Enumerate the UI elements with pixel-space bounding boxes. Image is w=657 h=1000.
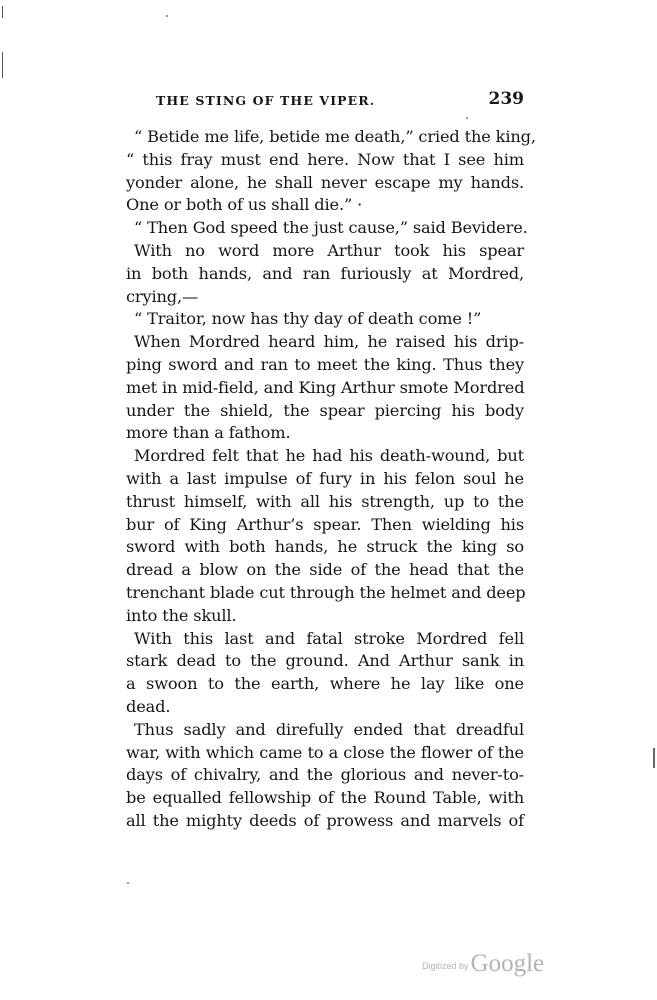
text-line: met in mid-field, and King Arthur smote … — [126, 377, 524, 400]
watermark-prefix: Digitized by — [422, 961, 469, 971]
text-line: a swoon to the earth, where he lay like … — [126, 673, 524, 696]
text-line: trenchant blade cut through the helmet a… — [126, 582, 524, 605]
text-line: “ Then God speed the just cause,” said B… — [126, 217, 524, 240]
digitized-by-watermark: Digitized byGoogle — [422, 950, 544, 978]
text-line: in both hands, and ran furiously at Mord… — [126, 263, 524, 286]
text-line: “ Betide me life, betide me death,” crie… — [126, 126, 524, 149]
scan-edge-mark-middle — [2, 52, 3, 78]
text-line: stark dead to the ground. And Arthur san… — [126, 650, 524, 673]
text-line: with a last impulse of fury in his felon… — [126, 468, 524, 491]
text-line: sword with both hands, he struck the kin… — [126, 536, 524, 559]
text-line: When Mordred heard him, he raised his dr… — [126, 331, 524, 354]
running-title: THE STING OF THE VIPER. — [156, 93, 375, 108]
body-text: “ Betide me life, betide me death,” crie… — [126, 126, 524, 833]
text-line: bur of King Arthur’s spear. Then wieldin… — [126, 514, 524, 537]
text-line: ping sword and ran to meet the king. Thu… — [126, 354, 524, 377]
page-number: 239 — [489, 89, 525, 109]
text-line: With no word more Arthur took his spear — [126, 240, 524, 263]
text-line: war, with which came to a close the flow… — [126, 742, 524, 765]
scan-speck — [127, 882, 129, 884]
text-line: Thus sadly and direfully ended that drea… — [126, 719, 524, 742]
scan-speck — [166, 15, 168, 17]
text-line: into the skull. — [126, 605, 524, 628]
text-line: all the mighty deeds of prowess and marv… — [126, 810, 524, 833]
text-line: under the shield, the spear piercing his… — [126, 400, 524, 423]
text-line: With this last and fatal stroke Mordred … — [126, 628, 524, 651]
google-logo: Google — [471, 950, 545, 977]
text-line: yonder alone, he shall never escape my h… — [126, 172, 524, 195]
text-line: dread a blow on the side of the head tha… — [126, 559, 524, 582]
scan-edge-mark-top — [2, 6, 3, 18]
text-line: be equalled fellowship of the Round Tabl… — [126, 787, 524, 810]
scan-speck — [466, 117, 468, 119]
text-line: thrust himself, with all his strength, u… — [126, 491, 524, 514]
text-line: dead. — [126, 696, 524, 719]
text-line: One or both of us shall die.” · — [126, 194, 524, 217]
text-line: more than a fathom. — [126, 422, 524, 445]
text-line: “ Traitor, now has thy day of death come… — [126, 308, 524, 331]
running-head: THE STING OF THE VIPER. 239 — [126, 91, 524, 111]
text-line: crying,— — [126, 286, 524, 309]
text-line: Mordred felt that he had his death-wound… — [126, 445, 524, 468]
text-line: “ this fray must end here. Now that I se… — [126, 149, 524, 172]
scan-edge-mark-right — [653, 748, 655, 768]
text-line: days of chivalry, and the glorious and n… — [126, 764, 524, 787]
